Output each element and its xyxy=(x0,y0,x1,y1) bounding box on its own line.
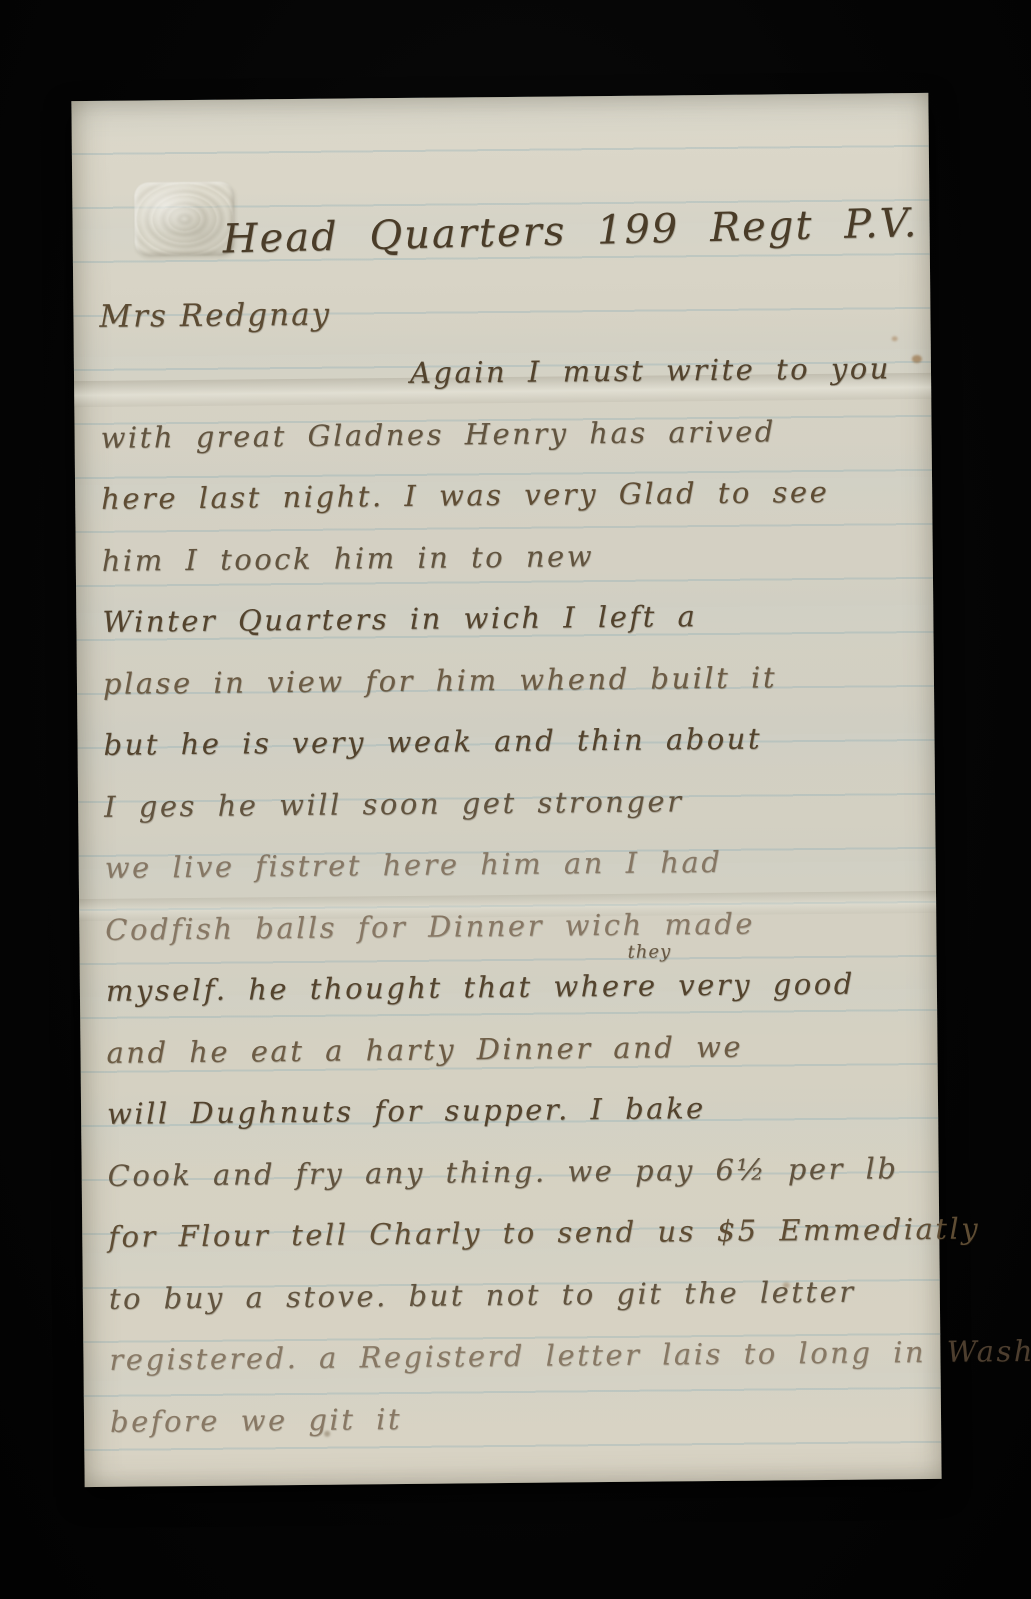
letter-heading: Head Quarters 199 Regt P.V. xyxy=(222,200,919,262)
letter-line: I ges he will soon get stronger xyxy=(104,781,935,850)
letter-line: before we git it xyxy=(110,1396,941,1465)
letter-line: for Flour tell Charly to send us $5 Emme… xyxy=(108,1212,939,1281)
letter-line: plase in view for him whend built it xyxy=(103,658,934,727)
letter-paper: Head Quarters 199 Regt P.V. Mrs Redgnay … xyxy=(71,93,941,1487)
letter-line: registered. a Registerd letter lais to l… xyxy=(109,1335,940,1404)
letter-line: and he eat a harty Dinner and we xyxy=(106,1027,937,1096)
letter-line: him I toock him in to new xyxy=(102,535,933,604)
letter-line: here last night. I was very Glad to see xyxy=(101,474,932,543)
embossed-seal xyxy=(134,182,235,257)
letter-line: Again I must write to you xyxy=(100,351,931,420)
letter-line: Winter Quarters in wich I left a xyxy=(102,597,933,666)
letter-line: will Dughnuts for supper. I bake xyxy=(107,1089,938,1158)
letter-line: myself. he thought that where very good xyxy=(106,966,937,1035)
letter-line: with great Gladnes Henry has arived xyxy=(100,412,931,481)
letter-line: but he is very weak and thin about xyxy=(103,720,934,789)
letter-line: to buy a stove. but not to git the lette… xyxy=(109,1273,940,1342)
photo-background: Head Quarters 199 Regt P.V. Mrs Redgnay … xyxy=(0,0,1031,1599)
foxing-stain xyxy=(892,336,898,341)
letter-salutation: Mrs Redgnay xyxy=(99,297,331,335)
letter-line: we live fistret here him an I had xyxy=(105,843,936,912)
letter-body: Again I must write to you with great Gla… xyxy=(100,351,941,1466)
letter-line: Codfish balls for Dinner wich made xyxy=(105,904,936,973)
letter-line: Cook and fry any thing. we pay 6½ per lb xyxy=(108,1150,939,1219)
